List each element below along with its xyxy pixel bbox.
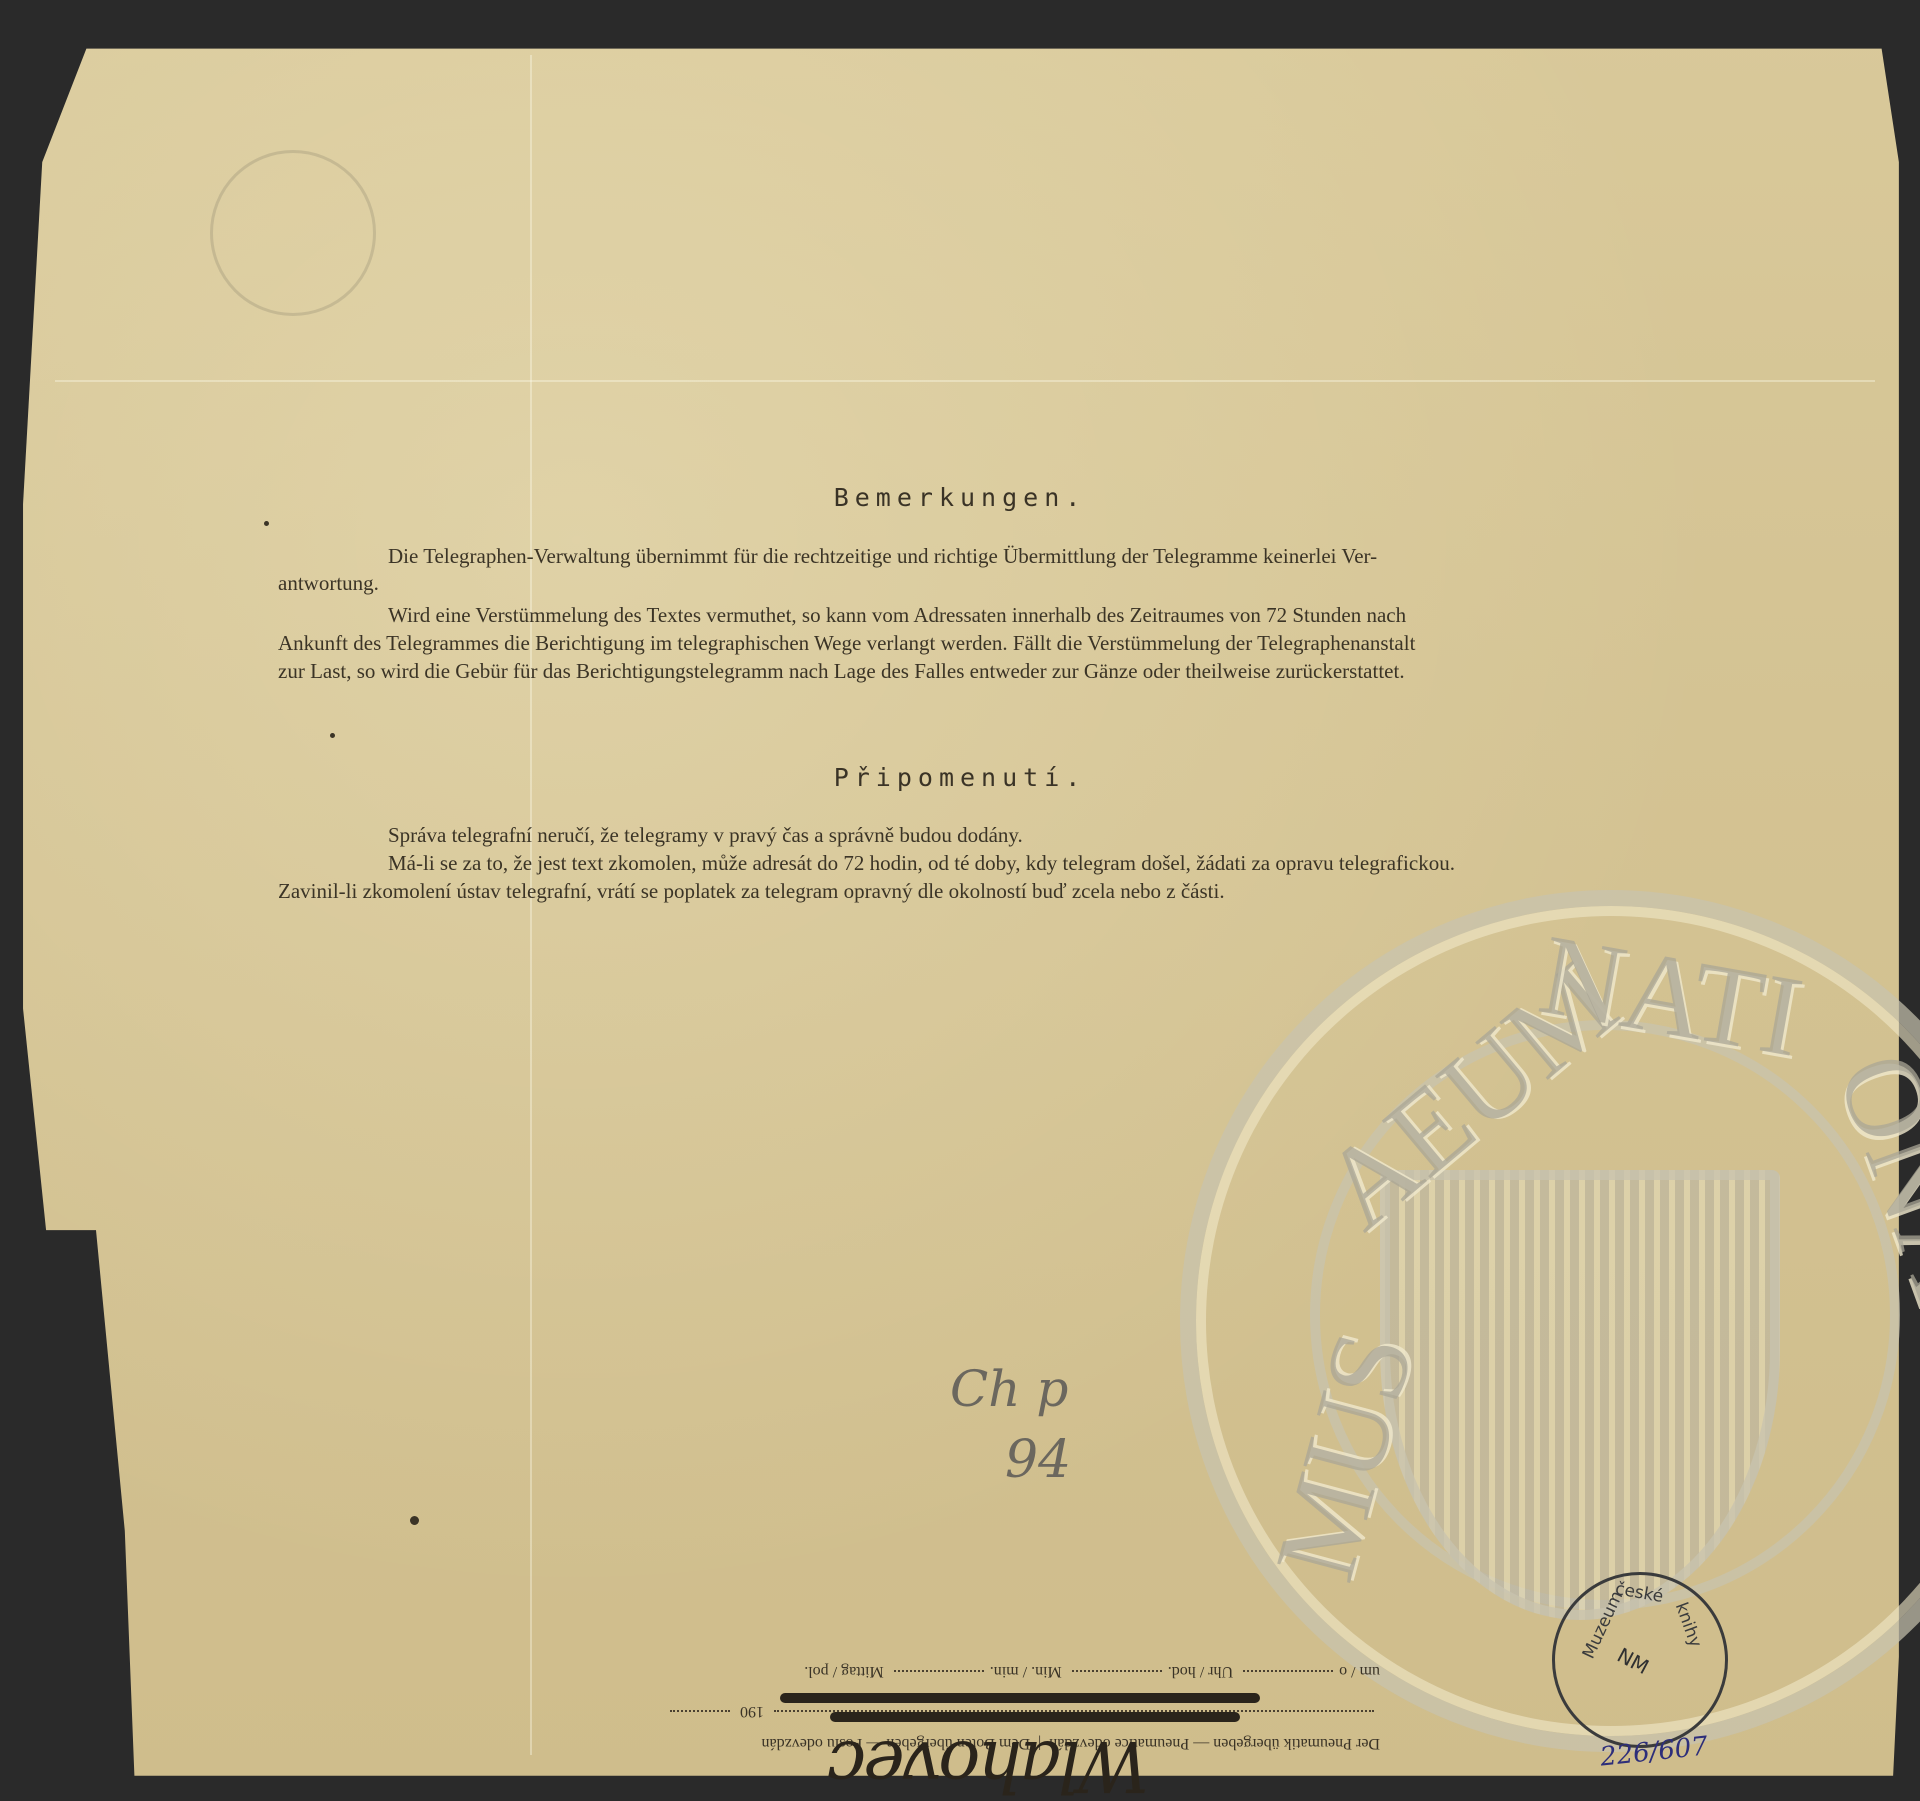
stamp-center-text: NM	[1613, 1643, 1653, 1679]
form-field-label: Uhr / hod.	[1168, 1663, 1233, 1680]
museum-circular-stamp: Muzeum české knihy NM	[1552, 1572, 1728, 1748]
paragraph-line: Má-li se za to, že jest text zkomolen, m…	[278, 850, 1455, 876]
paragraph-line: Wird eine Verstümmelung des Textes vermu…	[278, 602, 1406, 628]
stamp-ring-text: knihy	[1671, 1600, 1706, 1650]
form-year-prefix: 190	[740, 1703, 764, 1720]
form-field-label: um / o	[1339, 1663, 1380, 1680]
ink-blot	[410, 1516, 419, 1525]
pencil-note: 94	[1005, 1430, 1071, 1490]
ink-speck	[330, 733, 335, 738]
paragraph-line: antwortung.	[278, 570, 379, 596]
ink-speck	[264, 521, 269, 526]
handwritten-signature: Wlahovec	[830, 1725, 1149, 1801]
pencil-note: Ch p	[950, 1360, 1068, 1418]
paper-crease	[530, 55, 532, 1755]
paragraph-line: Ankunft des Telegrammes die Berichtigung…	[278, 630, 1415, 656]
ink-strikethrough	[830, 1712, 1240, 1722]
paper-crease	[55, 380, 1875, 382]
ink-strikethrough	[780, 1693, 1260, 1703]
paragraph-line: zur Last, so wird die Gebür für das Beri…	[278, 658, 1405, 684]
faint-postmark	[210, 150, 376, 316]
form-time-row: um / o Uhr / hod. Min. / min. Mittag / p…	[560, 1662, 1380, 1680]
paragraph-line: Zavinil-li zkomolení ústav telegrafní, v…	[278, 878, 1225, 904]
section-heading-pripomenuti: Připomenutí.	[0, 763, 1920, 792]
paragraph-line: Správa telegrafní neručí, že telegramy v…	[278, 822, 1023, 848]
section-heading-bemerkungen: Bemerkungen.	[0, 483, 1920, 512]
paragraph-line: Die Telegraphen-Verwaltung übernimmt für…	[278, 543, 1377, 569]
form-field-label: Min. / min.	[990, 1663, 1062, 1680]
form-field-label: Mittag / pol.	[804, 1663, 884, 1680]
